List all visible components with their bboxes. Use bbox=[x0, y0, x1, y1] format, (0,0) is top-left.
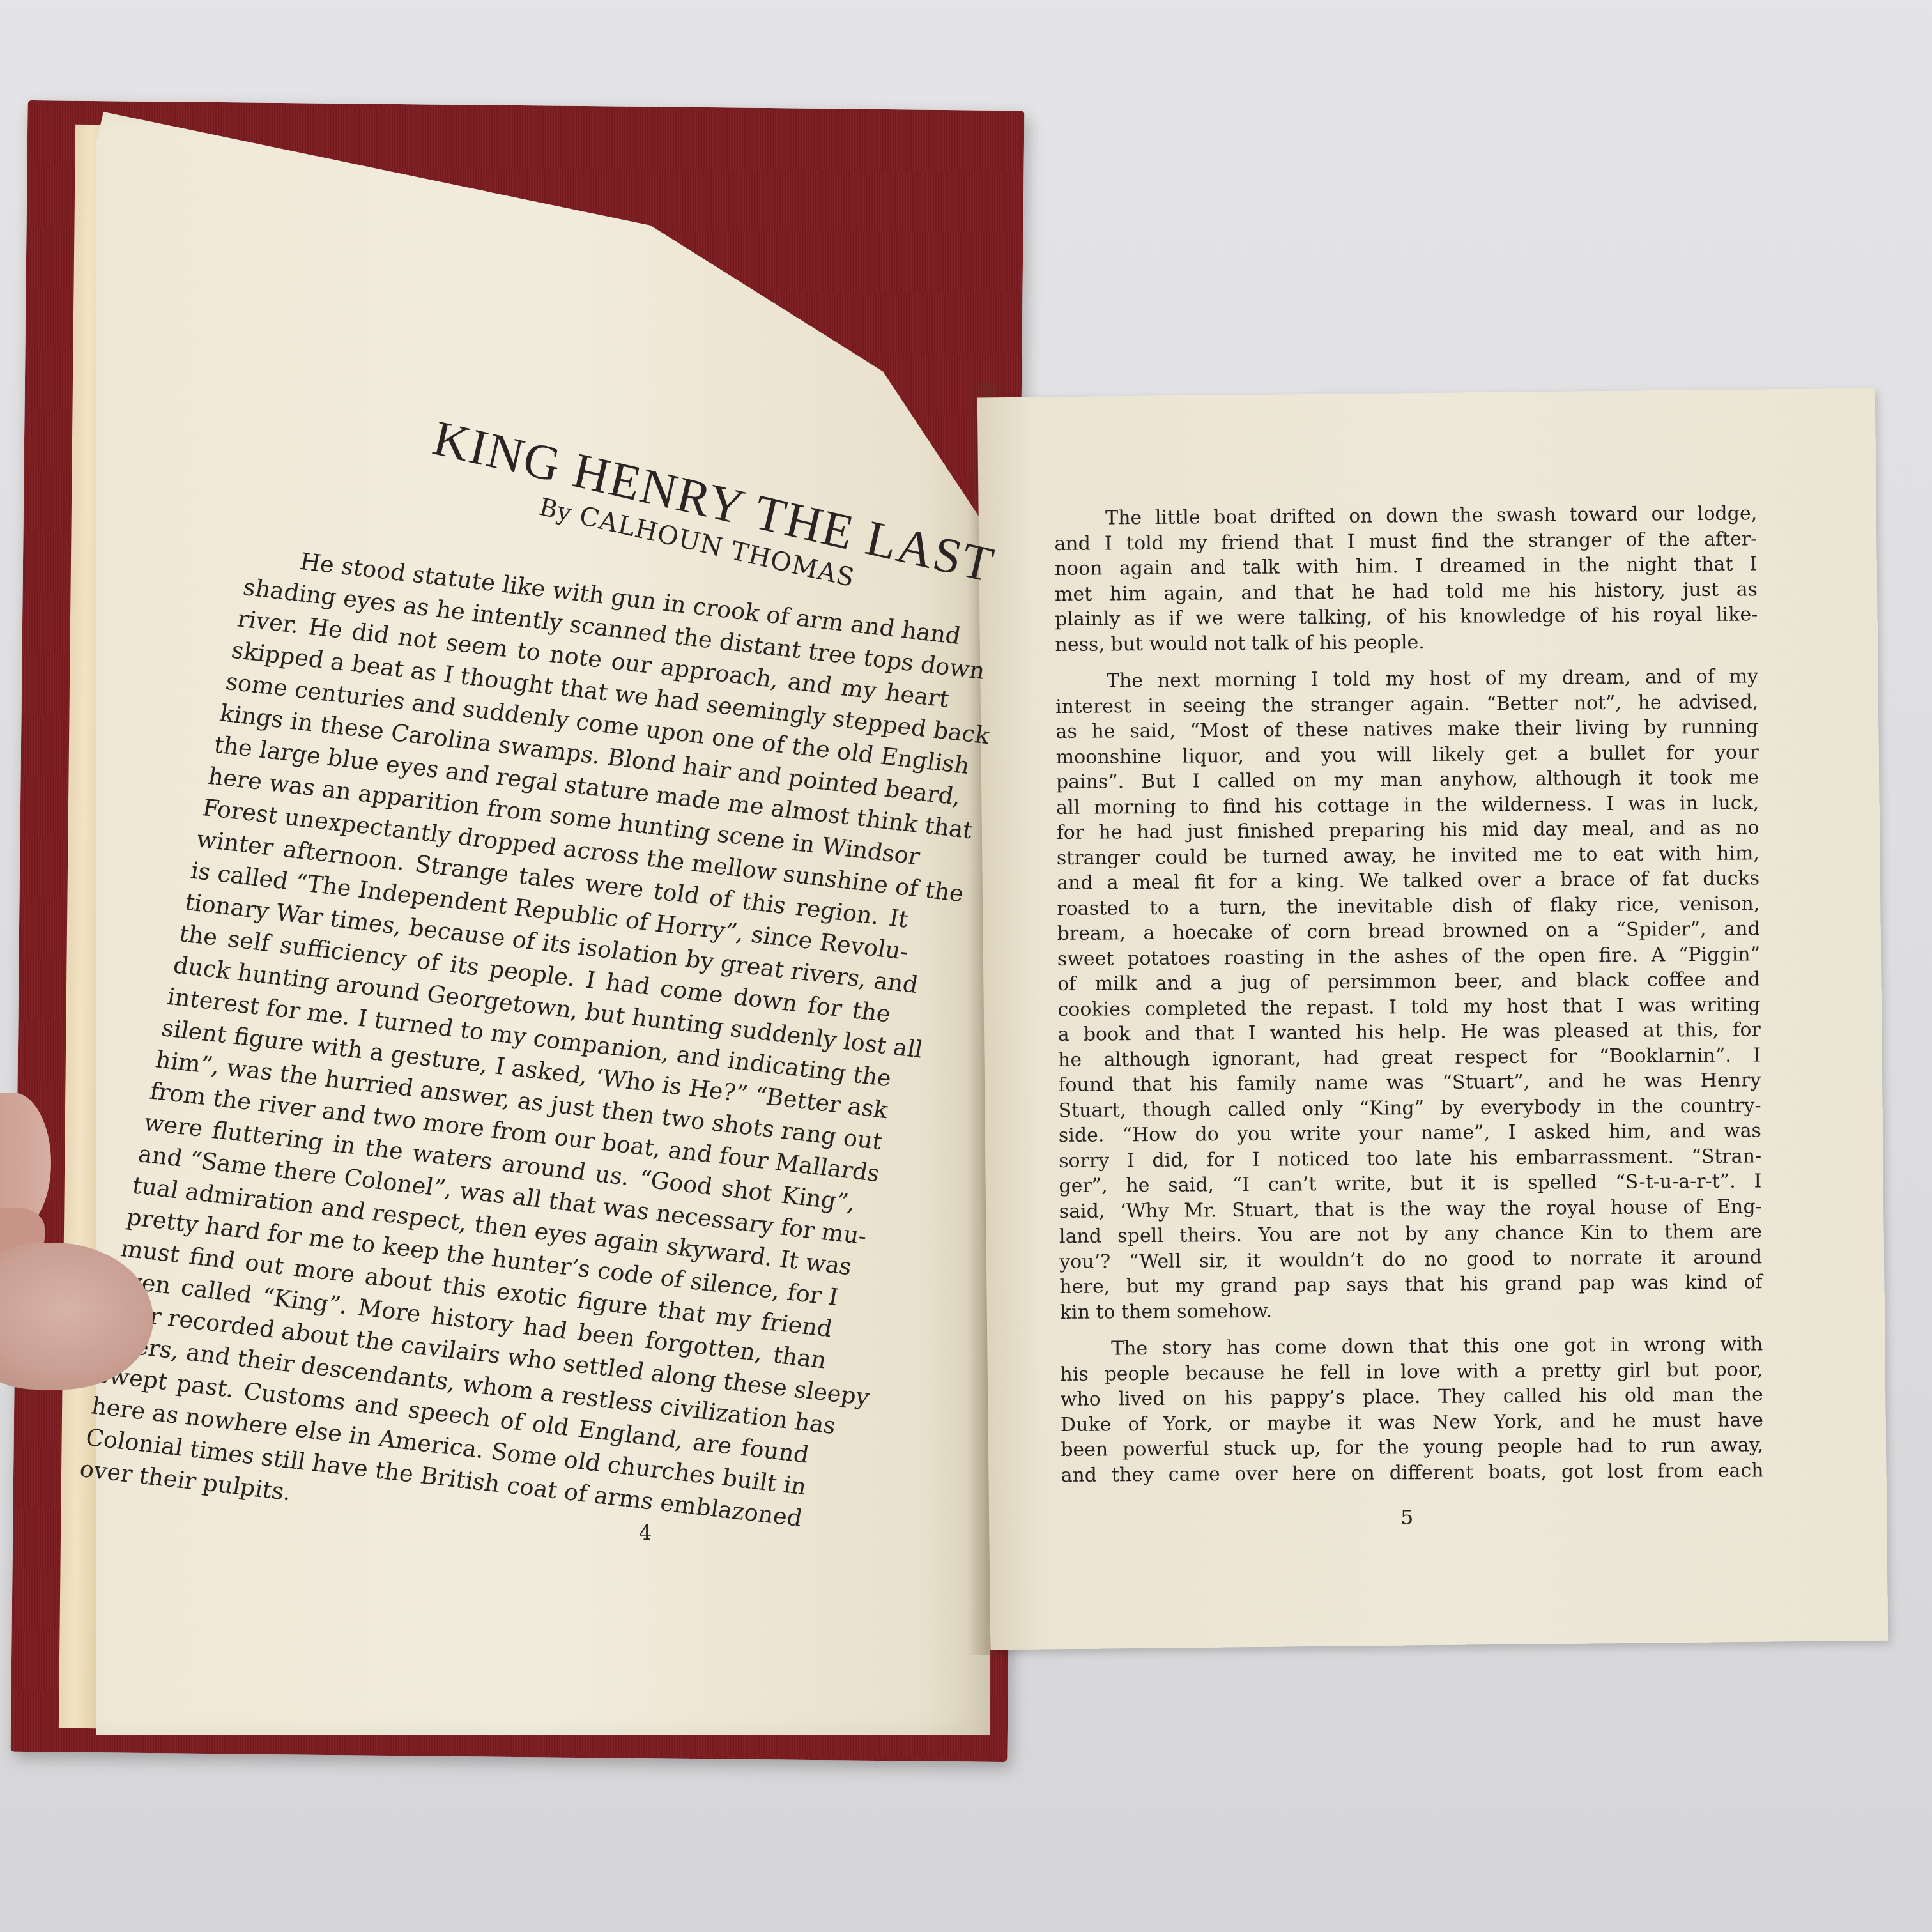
text-line: been powerful stuck up, for the young pe… bbox=[1061, 1432, 1763, 1462]
right-page-text: The little boat drifted on down the swas… bbox=[1054, 501, 1764, 1488]
text-line: noon again and talk with him. I dreamed … bbox=[1055, 551, 1758, 581]
text-line: land spell theirs. You are not by any ch… bbox=[1059, 1219, 1762, 1249]
text-line: The story has come down that this one go… bbox=[1060, 1331, 1763, 1361]
text-line: The little boat drifted on down the swas… bbox=[1054, 501, 1757, 531]
text-line: and a meal fit for a king. We talked ove… bbox=[1057, 866, 1759, 896]
text-line: here, but my grand pap says that his gra… bbox=[1059, 1269, 1762, 1299]
text-line: and they came over here on different boa… bbox=[1061, 1458, 1763, 1488]
text-line: The next morning I told my host of my dr… bbox=[1055, 664, 1758, 694]
text-line: of milk and a jug of persimmon beer, and… bbox=[1057, 967, 1760, 997]
text-line: as he said, “Most of these natives make … bbox=[1055, 714, 1758, 744]
text-line: side. “How do you write your name”, I as… bbox=[1059, 1118, 1761, 1148]
text-line: for he had just finished preparing his m… bbox=[1056, 815, 1759, 845]
page-number-right: 5 bbox=[1400, 1505, 1413, 1529]
text-line: found that his family name was “Stuart”,… bbox=[1058, 1068, 1761, 1098]
text-line: ger”, he said, “I can’t write, but it is… bbox=[1059, 1169, 1761, 1199]
text-line: pains”. But I called on my man anyhow, a… bbox=[1056, 765, 1759, 795]
text-line: a book and that I wanted his help. He wa… bbox=[1058, 1017, 1761, 1047]
page-number-left: 4 bbox=[639, 1521, 652, 1545]
text-line: who lived on his pappy’s place. They cal… bbox=[1061, 1382, 1763, 1412]
text-line: bream, a hoecake of corn bread browned o… bbox=[1057, 916, 1760, 946]
text-line: plainly as if we were talking, of his kn… bbox=[1055, 602, 1758, 632]
